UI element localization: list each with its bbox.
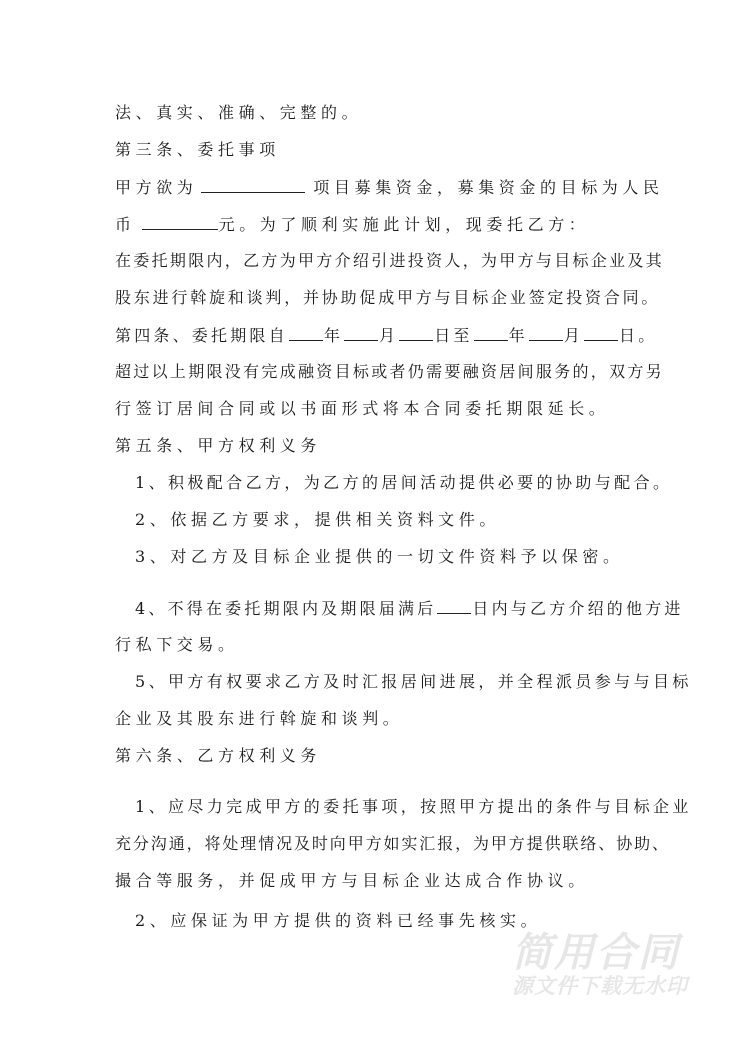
line-text: 2、应保证为甲方提供的资料已经事先核实。: [135, 911, 541, 930]
line-text: 行私下交易。: [115, 635, 239, 654]
end-month-blank[interactable]: [529, 325, 563, 341]
line-text: 在委托期限内，乙方为甲方介绍引进投资人，为甲方与目标企业及其: [115, 251, 664, 270]
text-line: 股东进行斡旋和谈判，并协助促成甲方与目标企业签定投资合同。: [115, 288, 630, 308]
article-3-heading: 第三条、委托事项: [115, 140, 630, 160]
day-label: 日至: [434, 326, 472, 345]
article-5-heading: 第五条、甲方权利义务: [115, 436, 630, 456]
text-line: 在委托期限内，乙方为甲方介绍引进投资人，为甲方与目标企业及其: [115, 251, 630, 271]
line-text: 项目募集资金，募集资金的目标为人民: [313, 178, 663, 197]
line-text: 5、甲方有权要求乙方及时汇报居间进展，并全程派员参与与目标: [135, 672, 692, 691]
article-6-heading: 第六条、乙方权利义务: [115, 746, 630, 766]
start-year-blank[interactable]: [289, 325, 323, 341]
end-day-blank[interactable]: [584, 325, 618, 341]
line-text: 3、对乙方及目标企业提供的一切文件资料予以保密。: [135, 547, 624, 566]
text-line: 币元。为了顺利实施此计划，现委托乙方：: [115, 214, 630, 235]
end-year-blank[interactable]: [474, 325, 508, 341]
heading-text: 第六条、乙方权利义务: [115, 746, 321, 765]
year-label: 年: [509, 326, 528, 345]
article-4-line: 第四条、委托期限自年月日至年月日。: [115, 325, 630, 346]
list-item: 2、依据乙方要求，提供相关资料文件。: [135, 510, 630, 530]
amount-blank[interactable]: [142, 214, 218, 230]
month-label: 月: [379, 326, 398, 345]
line-text: 4、不得在委托期限内及期限届满后: [135, 599, 436, 618]
text-line: 充分沟通，将处理情况及时向甲方如实汇报，为甲方提供联络、协助、: [115, 834, 630, 854]
text-line: 法、真实、准确、完整的。: [115, 103, 630, 123]
line-text: 日内与乙方介绍的他方进: [472, 599, 683, 618]
line-text: 币: [115, 215, 136, 234]
line-text: 2、依据乙方要求，提供相关资料文件。: [135, 510, 500, 529]
watermark-tagline: 源文件下载无水印: [512, 970, 688, 1000]
project-name-blank[interactable]: [201, 177, 305, 193]
list-item: 5、甲方有权要求乙方及时汇报居间进展，并全程派员参与与目标: [135, 672, 630, 692]
list-item: 1、应尽力完成甲方的委托事项，按照甲方提出的条件与目标企业: [135, 797, 630, 817]
month-label: 月: [564, 326, 583, 345]
line-text: 法、真实、准确、完整的。: [115, 103, 362, 122]
document-page: 法、真实、准确、完整的。 第三条、委托事项 甲方欲为项目募集资金，募集资金的目标…: [0, 0, 742, 1049]
line-text: 元。为了顺利实施此计划，现委托乙方：: [219, 215, 590, 234]
year-label: 年: [324, 326, 343, 345]
heading-text: 第三条、委托事项: [115, 140, 280, 159]
text-line: 企业及其股东进行斡旋和谈判。: [115, 709, 630, 729]
day-label: 日。: [619, 326, 657, 345]
heading-text: 第五条、甲方权利义务: [115, 436, 321, 455]
start-day-blank[interactable]: [399, 325, 433, 341]
text-line: 行私下交易。: [115, 635, 630, 655]
days-blank[interactable]: [437, 598, 471, 614]
text-line: 撮合等服务，并促成甲方与目标企业达成合作协议。: [115, 871, 630, 891]
text-line: 超过以上期限没有完成融资目标或者仍需要融资居间服务的，双方另: [115, 362, 630, 382]
line-text: 充分沟通，将处理情况及时向甲方如实汇报，为甲方提供联络、协助、: [115, 834, 670, 853]
line-text: 1、应尽力完成甲方的委托事项，按照甲方提出的条件与目标企业: [135, 797, 692, 816]
list-item: 4、不得在委托期限内及期限届满后日内与乙方介绍的他方进: [135, 598, 630, 619]
line-text: 企业及其股东进行斡旋和谈判。: [115, 709, 403, 728]
list-item: 3、对乙方及目标企业提供的一切文件资料予以保密。: [135, 547, 630, 567]
text-line: 甲方欲为项目募集资金，募集资金的目标为人民: [115, 177, 630, 198]
line-text: 1、积极配合乙方，为乙方的居间活动提供必要的协助与配合。: [135, 473, 672, 492]
line-text: 行签订居间合同或以书面形式将本合同委托期限延长。: [115, 399, 609, 418]
list-item: 1、积极配合乙方，为乙方的居间活动提供必要的协助与配合。: [135, 473, 630, 493]
line-text: 超过以上期限没有完成融资目标或者仍需要融资居间服务的，双方另: [115, 362, 664, 381]
line-text: 撮合等服务，并促成甲方与目标企业达成合作协议。: [115, 871, 589, 890]
line-text: 甲方欲为: [115, 178, 197, 197]
text-line: 行签订居间合同或以书面形式将本合同委托期限延长。: [115, 399, 630, 419]
line-text: 股东进行斡旋和谈判，并协助促成甲方与目标企业签定投资合同。: [115, 288, 660, 307]
line-text: 第四条、委托期限自: [115, 326, 288, 345]
start-month-blank[interactable]: [344, 325, 378, 341]
